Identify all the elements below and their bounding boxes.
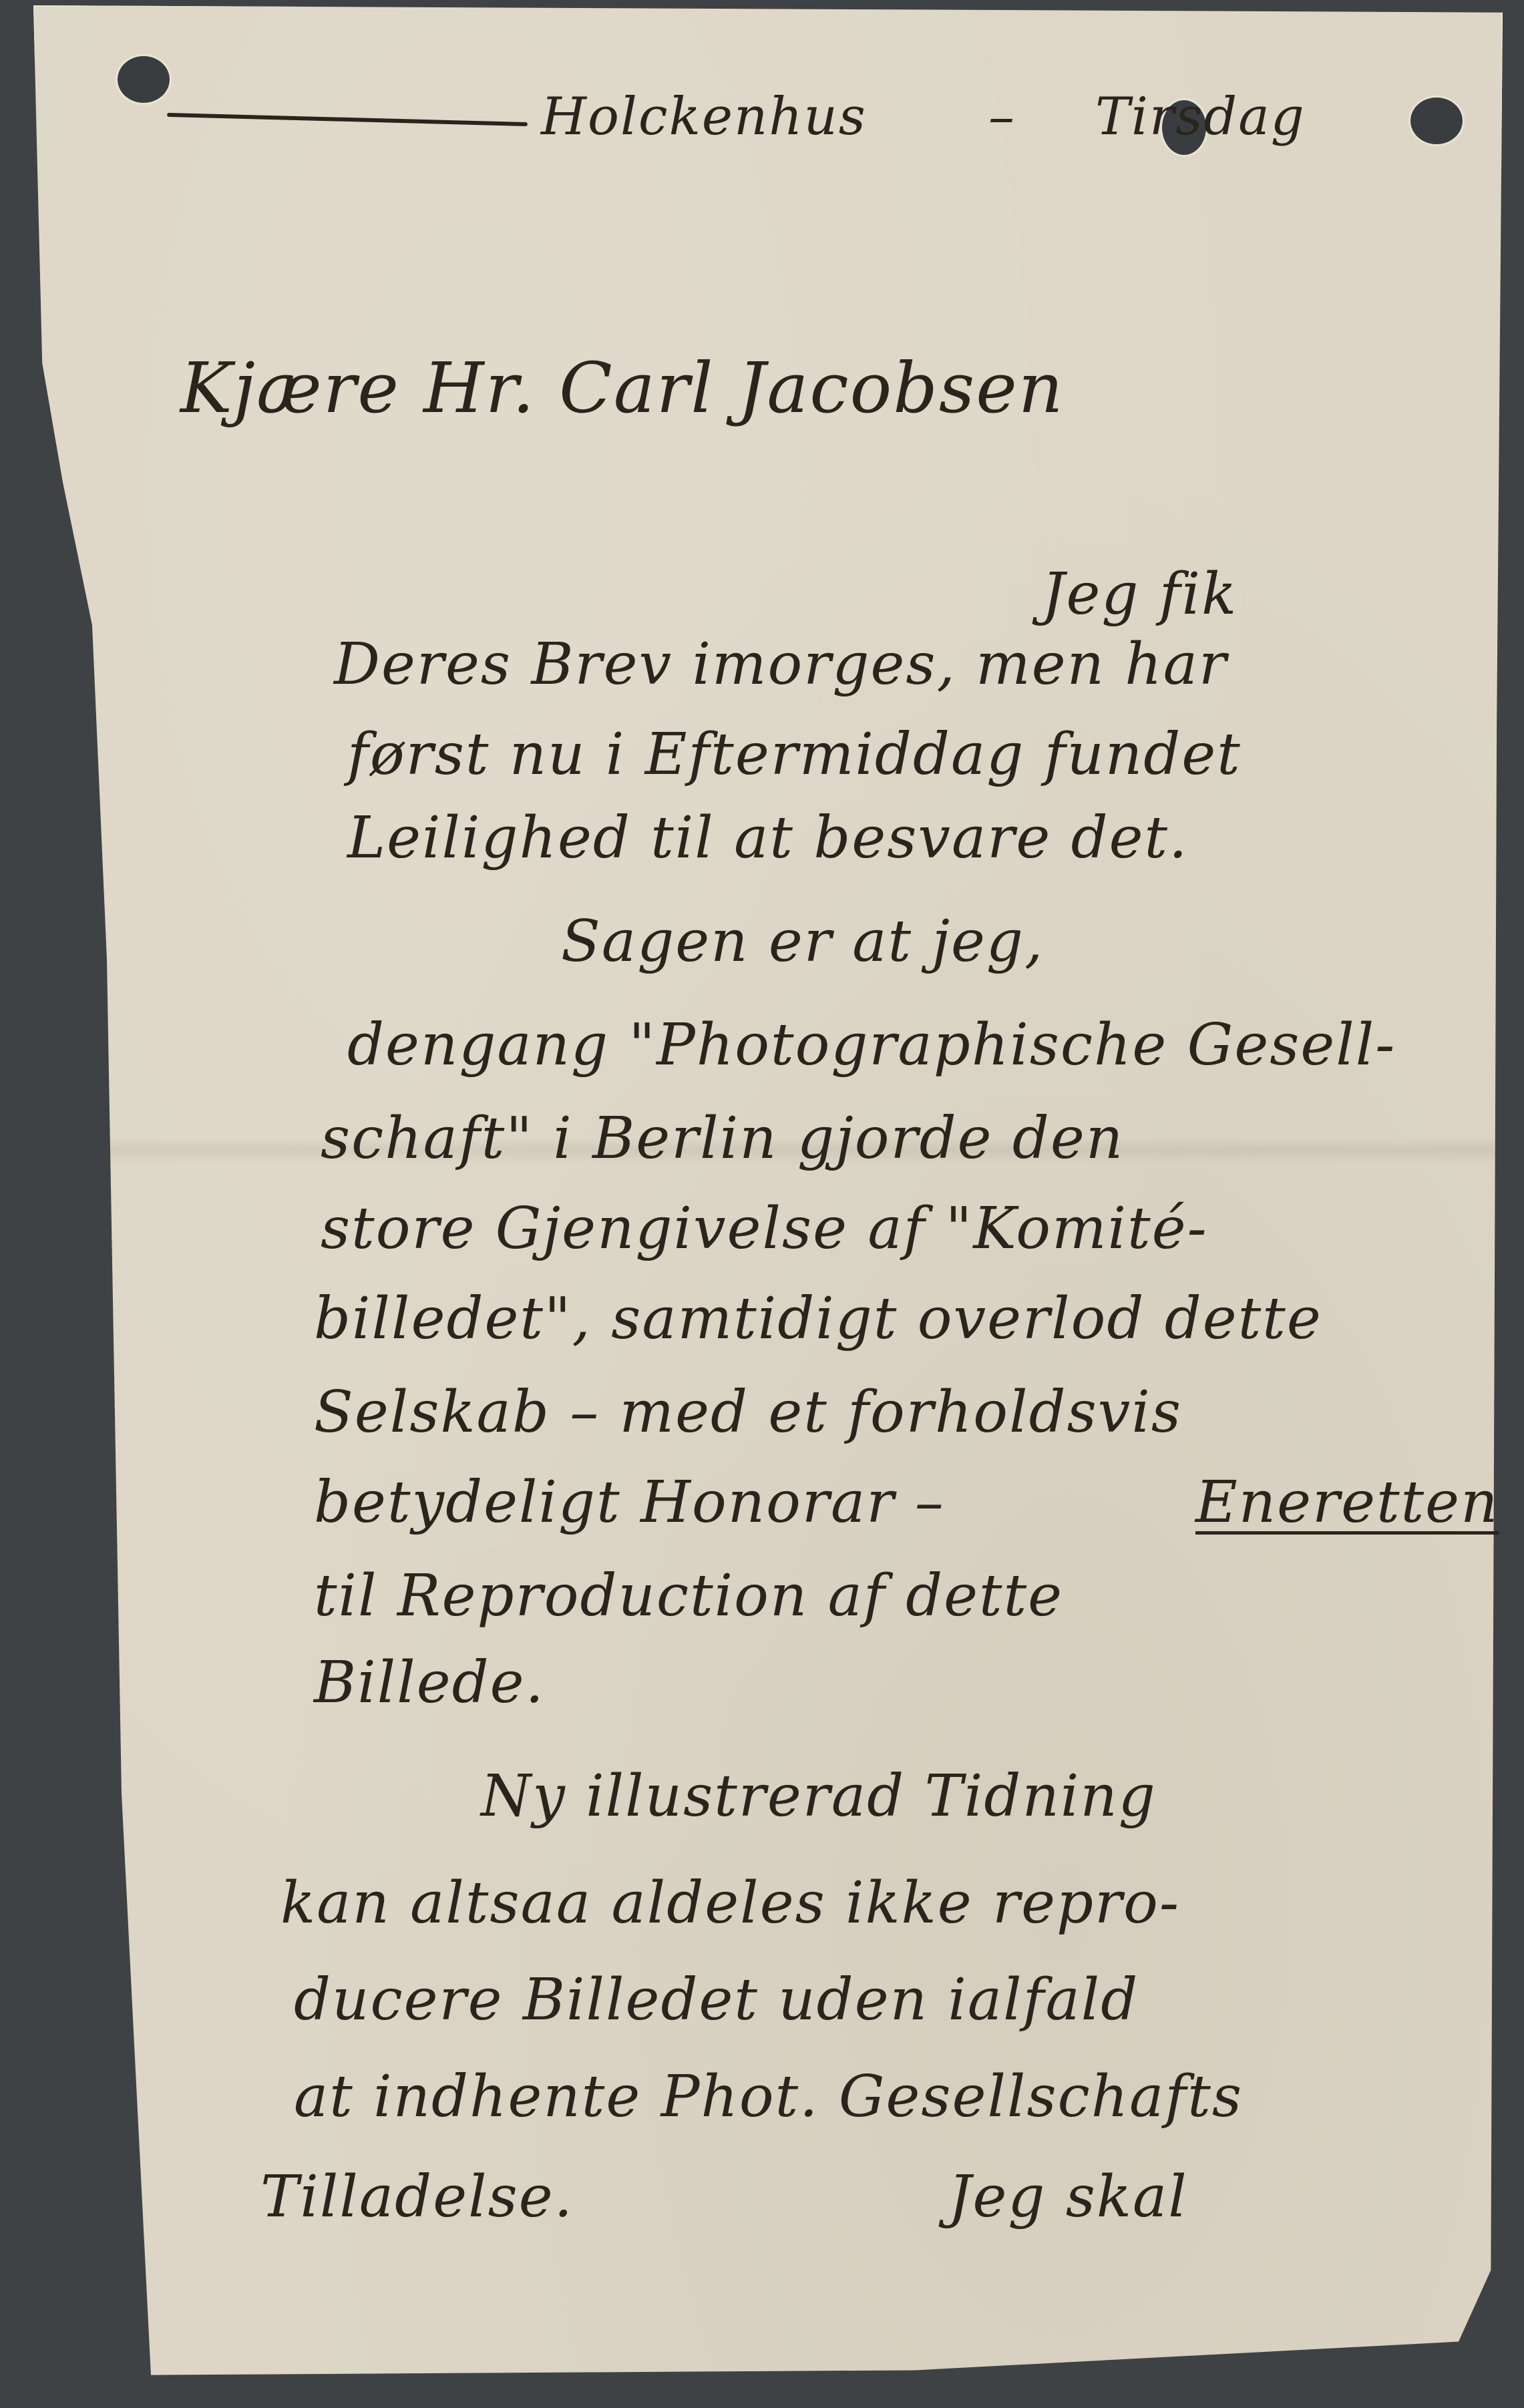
letter-line: Billede.	[314, 1649, 545, 1716]
letter-line: først nu i Eftermiddag fundet	[347, 721, 1242, 788]
salutation: Kjære Hr. Carl Jacobsen	[180, 347, 1065, 429]
letter-line: Jeg skal	[948, 2164, 1188, 2230]
letter-line: kan altsaa aldeles ikke repro-	[280, 1870, 1180, 1937]
letter-line: Tilladelse.	[260, 2164, 574, 2230]
letter-line: dengang "Photographische Gesell-	[347, 1012, 1396, 1078]
letter-line: at indhente Phot. Gesellschafts	[294, 2063, 1243, 2130]
letter-line: Jeg fik	[1042, 561, 1237, 628]
punch-hole-right	[1410, 97, 1463, 144]
letter-line: betydeligt Honorar –	[314, 1469, 945, 1536]
letter-line: ducere Billedet uden ialfald	[294, 1967, 1139, 2033]
heading-place: Holckenhus	[541, 87, 867, 147]
letter-line: Sagen er at jeg,	[561, 908, 1044, 975]
letter-line: store Gjengivelse af "Komité-	[321, 1195, 1208, 1262]
letter-line: Selskab – med et forholdsvis	[314, 1379, 1182, 1446]
heading-separator: –	[988, 87, 1016, 147]
letter-line: Deres Brev imorges, men har	[334, 631, 1227, 698]
underlined-word: Eneretten	[1195, 1469, 1499, 1536]
letter-line: schaft" i Berlin gjorde den	[321, 1105, 1124, 1172]
punch-hole-left	[118, 56, 170, 103]
letter-line: Ny illustrerad Tidning	[481, 1763, 1157, 1830]
letter-line: billedet", samtidigt overlod dette	[314, 1285, 1322, 1352]
letter-line: Leilighed til at besvare det.	[347, 805, 1188, 871]
heading-day: Tirsdag	[1095, 87, 1306, 147]
letter-line: til Reproduction af dette	[314, 1563, 1063, 1629]
